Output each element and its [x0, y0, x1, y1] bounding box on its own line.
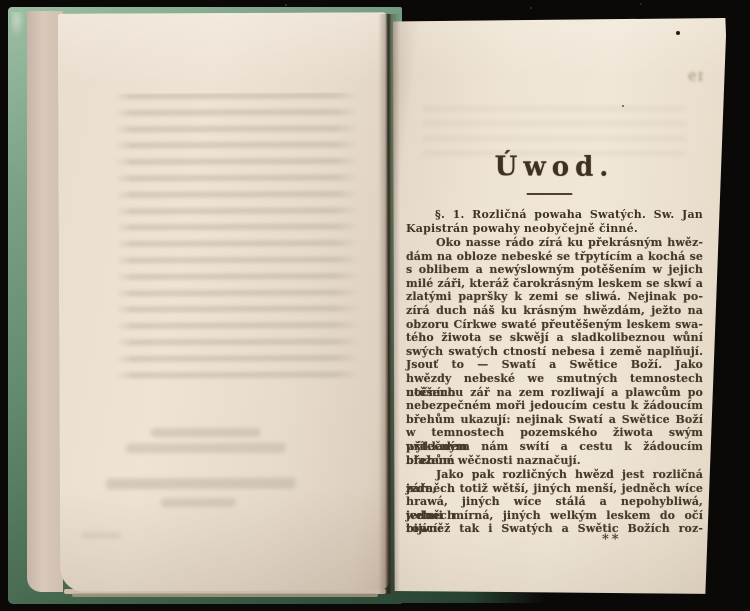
body-text-line: milé záři, kteráž čarokrásným leskem se …: [406, 277, 703, 291]
body-text-line: tého žiwota se skwějí a sladkolibeznou w…: [406, 331, 703, 345]
body-text-line: zlatými papršky k zemi se sliwá. Nejinak…: [406, 290, 703, 304]
body-text-line: zírá duch náš ku krásným hwězdám, ježto …: [406, 304, 703, 318]
page-text-block: 19 Úwod. §. 1. Rozličná powaha Swatých. …: [406, 18, 703, 595]
body-text-line: swých swatých ctností nebesa i země napl…: [406, 345, 703, 359]
body-paragraph-1: Oko nasse rádo zírá ku překrásným hwěz-d…: [406, 236, 703, 467]
body-text-line: Jako pak rozličných hwězd jest rozličná …: [406, 468, 703, 482]
body-text-line: dám na obloze nebeské se třpytícím a koc…: [406, 250, 703, 264]
dust-speck: [285, 4, 287, 6]
body-text-line: obzoru Církwe swaté přeutěšeným leskem s…: [406, 318, 703, 332]
bleedthrough-smudge: [106, 478, 296, 490]
body-text-line: hwězdy nebeské we smutných temnostech no…: [406, 372, 703, 386]
body-text-line: jedněch totiž wětší, jiných menší, jedně…: [406, 482, 703, 496]
body-text-line: utěšenou zář na zem rozliwají a plawcům …: [406, 386, 703, 400]
ghost-page-number: 19: [688, 70, 705, 85]
bleedthrough-smudge: [126, 443, 286, 454]
section-heading-line: §. 1. Rozličná powaha Swatých. Sw. Jan: [406, 208, 703, 222]
bleedthrough-smudge: [81, 532, 121, 538]
bleedthrough-smudge: [161, 498, 236, 507]
body-text-line: welmi mírná, jiných welkým leskem do očí…: [406, 509, 703, 523]
page-bottom-edge: [72, 593, 378, 597]
section-heading-line: Kapistrán powahy neobyčejně činné.: [406, 222, 703, 236]
bleedthrough-text-block: [114, 92, 360, 388]
book-photo: 19 Úwod. §. 1. Rozličná powaha Swatých. …: [0, 0, 750, 611]
book-gutter-shadow: [378, 14, 400, 594]
body-text-line: rowněž tak i Swatých a Swětic Božích roz…: [406, 522, 703, 536]
signature-mark: **: [602, 532, 622, 547]
body-text-line: příkladem nám swítí a cestu k žádoucím b…: [406, 440, 703, 454]
bleedthrough-smudge: [151, 428, 261, 437]
chapter-title: Úwod.: [406, 151, 703, 182]
left-page: [58, 12, 390, 591]
right-page: 19 Úwod. §. 1. Rozličná powaha Swatých. …: [393, 18, 726, 595]
body-text-line: Oko nasse rádo zírá ku překrásným hwěz-: [406, 236, 703, 250]
body-text-line: břehům ukazují: nejinak Swatí a Swětice …: [406, 413, 703, 427]
body-text-line: nebezpečném moři jedoucím cestu k žádouc…: [406, 399, 703, 413]
body-text-line: blažené wěčnosti naznačují.: [406, 454, 703, 468]
body-text-line: hrawá, jiných wíce stálá a nepohybliwá, …: [406, 495, 703, 509]
body-text-line: Jsouť to — Swatí a Swětice Boží. Jako: [406, 358, 703, 372]
title-divider: [526, 193, 572, 195]
body-text-line: s oblibem a newýslowným potěšením w jeji…: [406, 263, 703, 277]
body-text-line: w temnostech pozemského žiwota swým wýte…: [406, 426, 703, 440]
body-paragraph-2: Jako pak rozličných hwězd jest rozličná …: [406, 468, 703, 536]
section-heading: §. 1. Rozličná powaha Swatých. Sw. Jan K…: [406, 208, 703, 236]
